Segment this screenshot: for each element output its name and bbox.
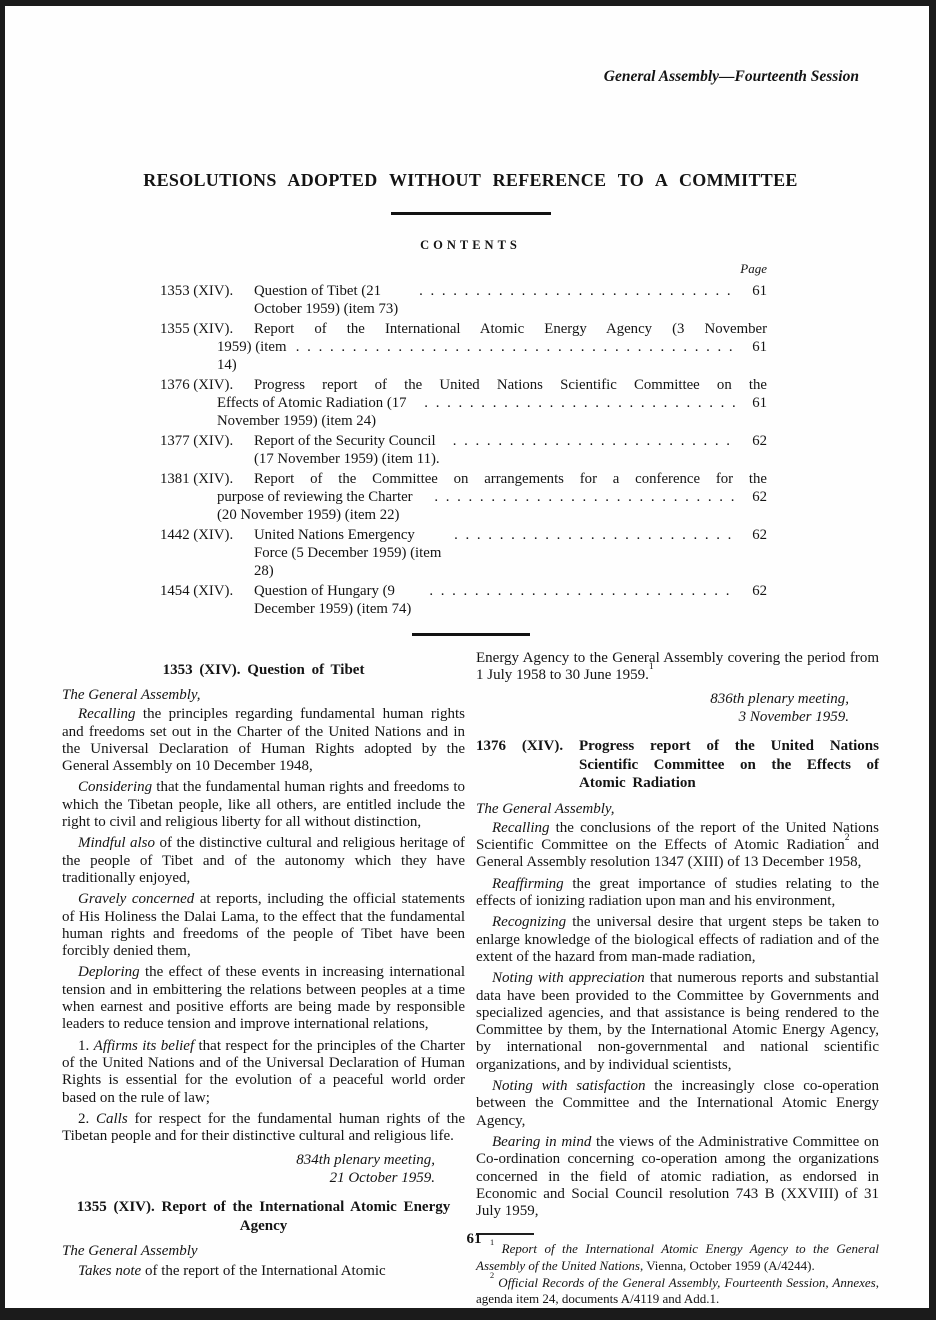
paragraph-operative-1: 1. Affirms its belief that respect for t… (62, 1038, 465, 1107)
toc-entry-text: Effects of Atomic Radiation (17 November… (217, 394, 421, 430)
italic-lead: Affirms its belief (94, 1038, 194, 1054)
contents-heading: CONTENTS (62, 238, 879, 253)
toc-entry-text: Report of the International Atomic Energ… (254, 320, 767, 338)
paragraph-noting-satisfaction: Noting with satisfaction the increasingl… (476, 1078, 879, 1130)
meeting-date: 3 November 1959. (476, 709, 849, 727)
intro-text: The General Assembly, (476, 801, 614, 817)
italic-lead: Noting with appreciation (492, 970, 645, 986)
toc-entry-number: 1454 (XIV). (160, 582, 254, 600)
italic-lead: Reaffirming (492, 876, 564, 892)
toc-entry-text: United Nations Emergency Force (5 Decemb… (254, 526, 451, 580)
italic-lead: Bearing in mind (492, 1134, 591, 1150)
page-content: General Assembly—Fourteenth Session RESO… (5, 68, 929, 1308)
toc-entry-text: Question of Tibet (21 October 1959) (ite… (254, 282, 416, 318)
toc-page-number: 61 (737, 282, 767, 300)
toc-row-continuation: 1959) (item 14) 61 (160, 338, 767, 374)
assembly-intro: The General Assembly, (476, 801, 879, 818)
paragraph-recalling: Recalling the conclusions of the report … (476, 820, 879, 872)
toc-row: 1353 (XIV). Question of Tibet (21 Octobe… (160, 282, 767, 318)
italic-lead: Considering (78, 779, 152, 795)
footnote-2: 2 Official Records of the General Assemb… (476, 1275, 879, 1308)
title-rule (391, 212, 551, 215)
toc-dot-leader (293, 338, 737, 356)
footnote-reference: 2 (845, 832, 850, 843)
italic-lead: Noting with satisfaction (492, 1078, 645, 1094)
italic-lead: Recalling (78, 706, 135, 722)
toc-dot-leader (421, 394, 737, 412)
contents-divider-rule (412, 633, 530, 636)
toc-dot-leader (416, 282, 737, 300)
toc-entry-1353: 1353 (XIV). Question of Tibet (21 Octobe… (160, 282, 767, 318)
italic-lead: Takes note (78, 1263, 141, 1279)
meeting-line: 834th plenary meeting, (62, 1152, 435, 1170)
document-page: General Assembly—Fourteenth Session RESO… (0, 0, 936, 1320)
toc-entry-text: purpose of reviewing the Charter (20 Nov… (217, 488, 431, 524)
toc-dot-leader (431, 488, 737, 506)
toc-dot-leader (451, 526, 737, 544)
toc-page-number: 61 (737, 338, 767, 356)
toc-entry-1381: 1381 (XIV). Report of the Committee on a… (160, 470, 767, 524)
toc-entry-number: 1377 (XIV). (160, 432, 254, 450)
meeting-block: 836th plenary meeting, 3 November 1959. (476, 691, 879, 726)
right-column: Energy Agency to the General Assembly co… (476, 650, 879, 1308)
footnote-reference: 1 (649, 661, 654, 672)
toc-page-number: 62 (737, 488, 767, 506)
toc-row-continuation: Effects of Atomic Radiation (17 November… (160, 394, 767, 430)
meeting-date: 21 October 1959. (62, 1170, 435, 1188)
toc-row: 1381 (XIV). Report of the Committee on a… (160, 470, 767, 488)
toc-page-number: 62 (737, 582, 767, 600)
paragraph-takes-note: Takes note of the report of the Internat… (62, 1263, 465, 1280)
toc-entry-text: Report of the Committee on arrangements … (254, 470, 767, 488)
toc-dot-leader (450, 432, 737, 450)
operative-number: 1. (78, 1038, 94, 1054)
toc-row-continuation: purpose of reviewing the Charter (20 Nov… (160, 488, 767, 524)
meeting-line: 836th plenary meeting, (476, 691, 849, 709)
toc-entry-number: 1442 (XIV). (160, 526, 254, 544)
paragraph-operative-2: 2. Calls for respect for the fundamental… (62, 1111, 465, 1146)
toc-row: 1442 (XIV). United Nations Emergency For… (160, 526, 767, 580)
footnote-number: 2 (490, 1271, 494, 1280)
table-of-contents: 1353 (XIV). Question of Tibet (21 Octobe… (160, 282, 767, 618)
left-column: 1353 (XIV). Question of Tibet The Genera… (62, 650, 465, 1308)
toc-row: 1355 (XIV). Report of the International … (160, 320, 767, 338)
italic-lead: Mindful also (78, 835, 155, 851)
paragraph-noting-appreciation: Noting with appreciation that numerous r… (476, 970, 879, 1074)
toc-entry-number: 1381 (XIV). (160, 470, 254, 488)
paragraph-text: Energy Agency to the General Assembly co… (476, 650, 879, 683)
toc-entry-1442: 1442 (XIV). United Nations Emergency For… (160, 526, 767, 580)
document-title: RESOLUTIONS ADOPTED WITHOUT REFERENCE TO… (62, 170, 879, 191)
italic-lead: Recalling (492, 820, 549, 836)
paragraph-continuation: Energy Agency to the General Assembly co… (476, 650, 879, 685)
toc-page-number: 61 (737, 394, 767, 412)
toc-entry-text: Report of the Security Council (17 Novem… (254, 432, 450, 468)
paragraph-bearing-in-mind: Bearing in mind the views of the Adminis… (476, 1134, 879, 1220)
toc-entry-1454: 1454 (XIV). Question of Hungary (9 Decem… (160, 582, 767, 618)
toc-entry-text: Progress report of the United Nations Sc… (254, 376, 767, 394)
assembly-intro: The General Assembly, (62, 687, 465, 704)
toc-row: 1454 (XIV). Question of Hungary (9 Decem… (160, 582, 767, 618)
paragraph-considering: Considering that the fundamental human r… (62, 779, 465, 831)
footnotes: 1 Report of the International Atomic Ene… (476, 1241, 879, 1307)
toc-page-number: 62 (737, 432, 767, 450)
italic-lead: Calls (96, 1111, 128, 1127)
session-header: General Assembly—Fourteenth Session (62, 68, 879, 86)
toc-row: 1377 (XIV). Report of the Security Counc… (160, 432, 767, 468)
toc-dot-leader (426, 582, 737, 600)
paragraph-deploring: Deploring the effect of these events in … (62, 964, 465, 1033)
paragraph-recognizing: Recognizing the universal desire that ur… (476, 914, 879, 966)
toc-row: 1376 (XIV). Progress report of the Unite… (160, 376, 767, 394)
toc-entry-number: 1355 (XIV). (160, 320, 254, 338)
toc-entry-number: 1376 (XIV). (160, 376, 254, 394)
paragraph-mindful: Mindful also of the distinctive cultural… (62, 835, 465, 887)
italic-lead: Gravely concerned (78, 891, 194, 907)
page-number: 61 (62, 1231, 886, 1248)
footnote-italic-text: Official Records of the General Assembly… (498, 1275, 876, 1290)
toc-entry-1355: 1355 (XIV). Report of the International … (160, 320, 767, 374)
footnote-roman-text: , Vienna, October 1959 (A/4244). (640, 1258, 815, 1273)
paragraph-reaffirming: Reaffirming the great importance of stud… (476, 876, 879, 911)
page-column-label: Page (62, 261, 767, 277)
toc-entry-number: 1353 (XIV). (160, 282, 254, 300)
resolution-1353-heading: 1353 (XIV). Question of Tibet (62, 661, 465, 680)
toc-entry-text: Question of Hungary (9 December 1959) (i… (254, 582, 426, 618)
paragraph-gravely-concerned: Gravely concerned at reports, including … (62, 891, 465, 960)
body-columns: 1353 (XIV). Question of Tibet The Genera… (62, 650, 879, 1308)
toc-entry-text: 1959) (item 14) (217, 338, 293, 374)
meeting-block: 834th plenary meeting, 21 October 1959. (62, 1152, 465, 1187)
italic-lead: Deploring (78, 964, 140, 980)
italic-lead: Recognizing (492, 914, 566, 930)
paragraph-recalling: Recalling the principles regarding funda… (62, 706, 465, 775)
toc-entry-1376: 1376 (XIV). Progress report of the Unite… (160, 376, 767, 430)
paragraph-text: of the report of the International Atomi… (141, 1263, 386, 1279)
operative-number: 2. (78, 1111, 96, 1127)
resolution-1355-heading: 1355 (XIV). Report of the International … (62, 1198, 465, 1235)
intro-text: The General Assembly, (62, 687, 200, 703)
resolution-1376-heading: 1376 (XIV). Progress report of the Unite… (476, 737, 879, 793)
toc-page-number: 62 (737, 526, 767, 544)
toc-entry-1377: 1377 (XIV). Report of the Security Counc… (160, 432, 767, 468)
